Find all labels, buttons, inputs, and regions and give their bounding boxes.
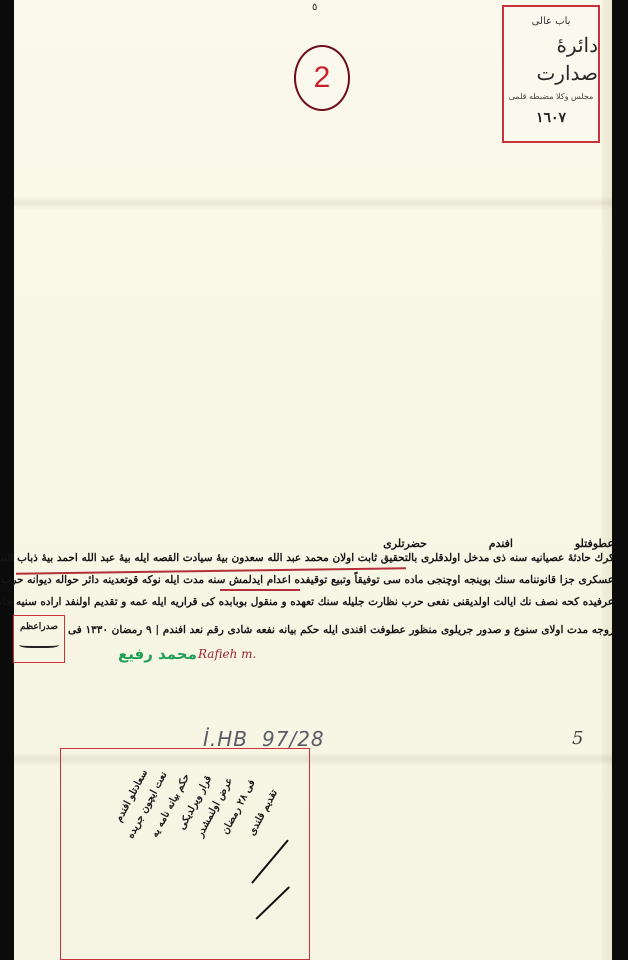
marginal-line: تقدیم قلندی — [246, 788, 279, 837]
letterhead-stamp: باب عالی دائرهٔ صدارت مجلس وکلا مضبطه قل… — [502, 5, 600, 143]
transliteration-latin: Rafieh m. — [198, 647, 256, 661]
salutation-word: افندم — [489, 537, 513, 550]
body-line: عسکری جزا قانوننامه سنك بوینجه اوچنجی ما… — [24, 574, 614, 586]
letterhead-line1: باب عالی — [532, 15, 571, 29]
salutation-word: حضرتلری — [383, 537, 427, 550]
letterhead-title: دائرهٔ صدارت — [504, 31, 598, 87]
salutation-word: عطوفتلو — [575, 537, 614, 550]
body-line: زوجه مدت اولای سنوع و صدور جریلوی منظور … — [76, 624, 614, 636]
paper-fold-line — [14, 196, 612, 210]
salutation: عطوفتلو افندم حضرتلری — [325, 537, 614, 550]
letterhead-number: ١٦٠٧ — [536, 110, 566, 126]
transliteration-arabic: محمد رفيع — [118, 645, 197, 663]
signature-stroke — [19, 638, 59, 648]
letterhead-subtitle: مجلس وکلا مضبطه قلمی — [509, 91, 594, 102]
body-line: عرفیده کحه نصف نك ایالت اولدیقنی نفعی حر… — [24, 596, 614, 608]
page-mark: ٥ — [312, 2, 317, 13]
page-number-marker: 2 — [294, 45, 350, 111]
grand-vizier-seal-box: صدراعظم — [13, 615, 65, 663]
marginal-note: سعادتلو افندم نعت ایچون جریده حکم بیانه … — [60, 748, 310, 960]
marker-number: 2 — [314, 61, 331, 95]
body-line: کرك حادثهٔ عصیانیه سنه ذی مدخل اولدقلری … — [14, 552, 614, 564]
seal-title: صدراعظم — [20, 622, 58, 632]
page-edge — [602, 0, 612, 960]
folio-number: 5 — [572, 728, 583, 749]
red-underline — [220, 589, 300, 591]
